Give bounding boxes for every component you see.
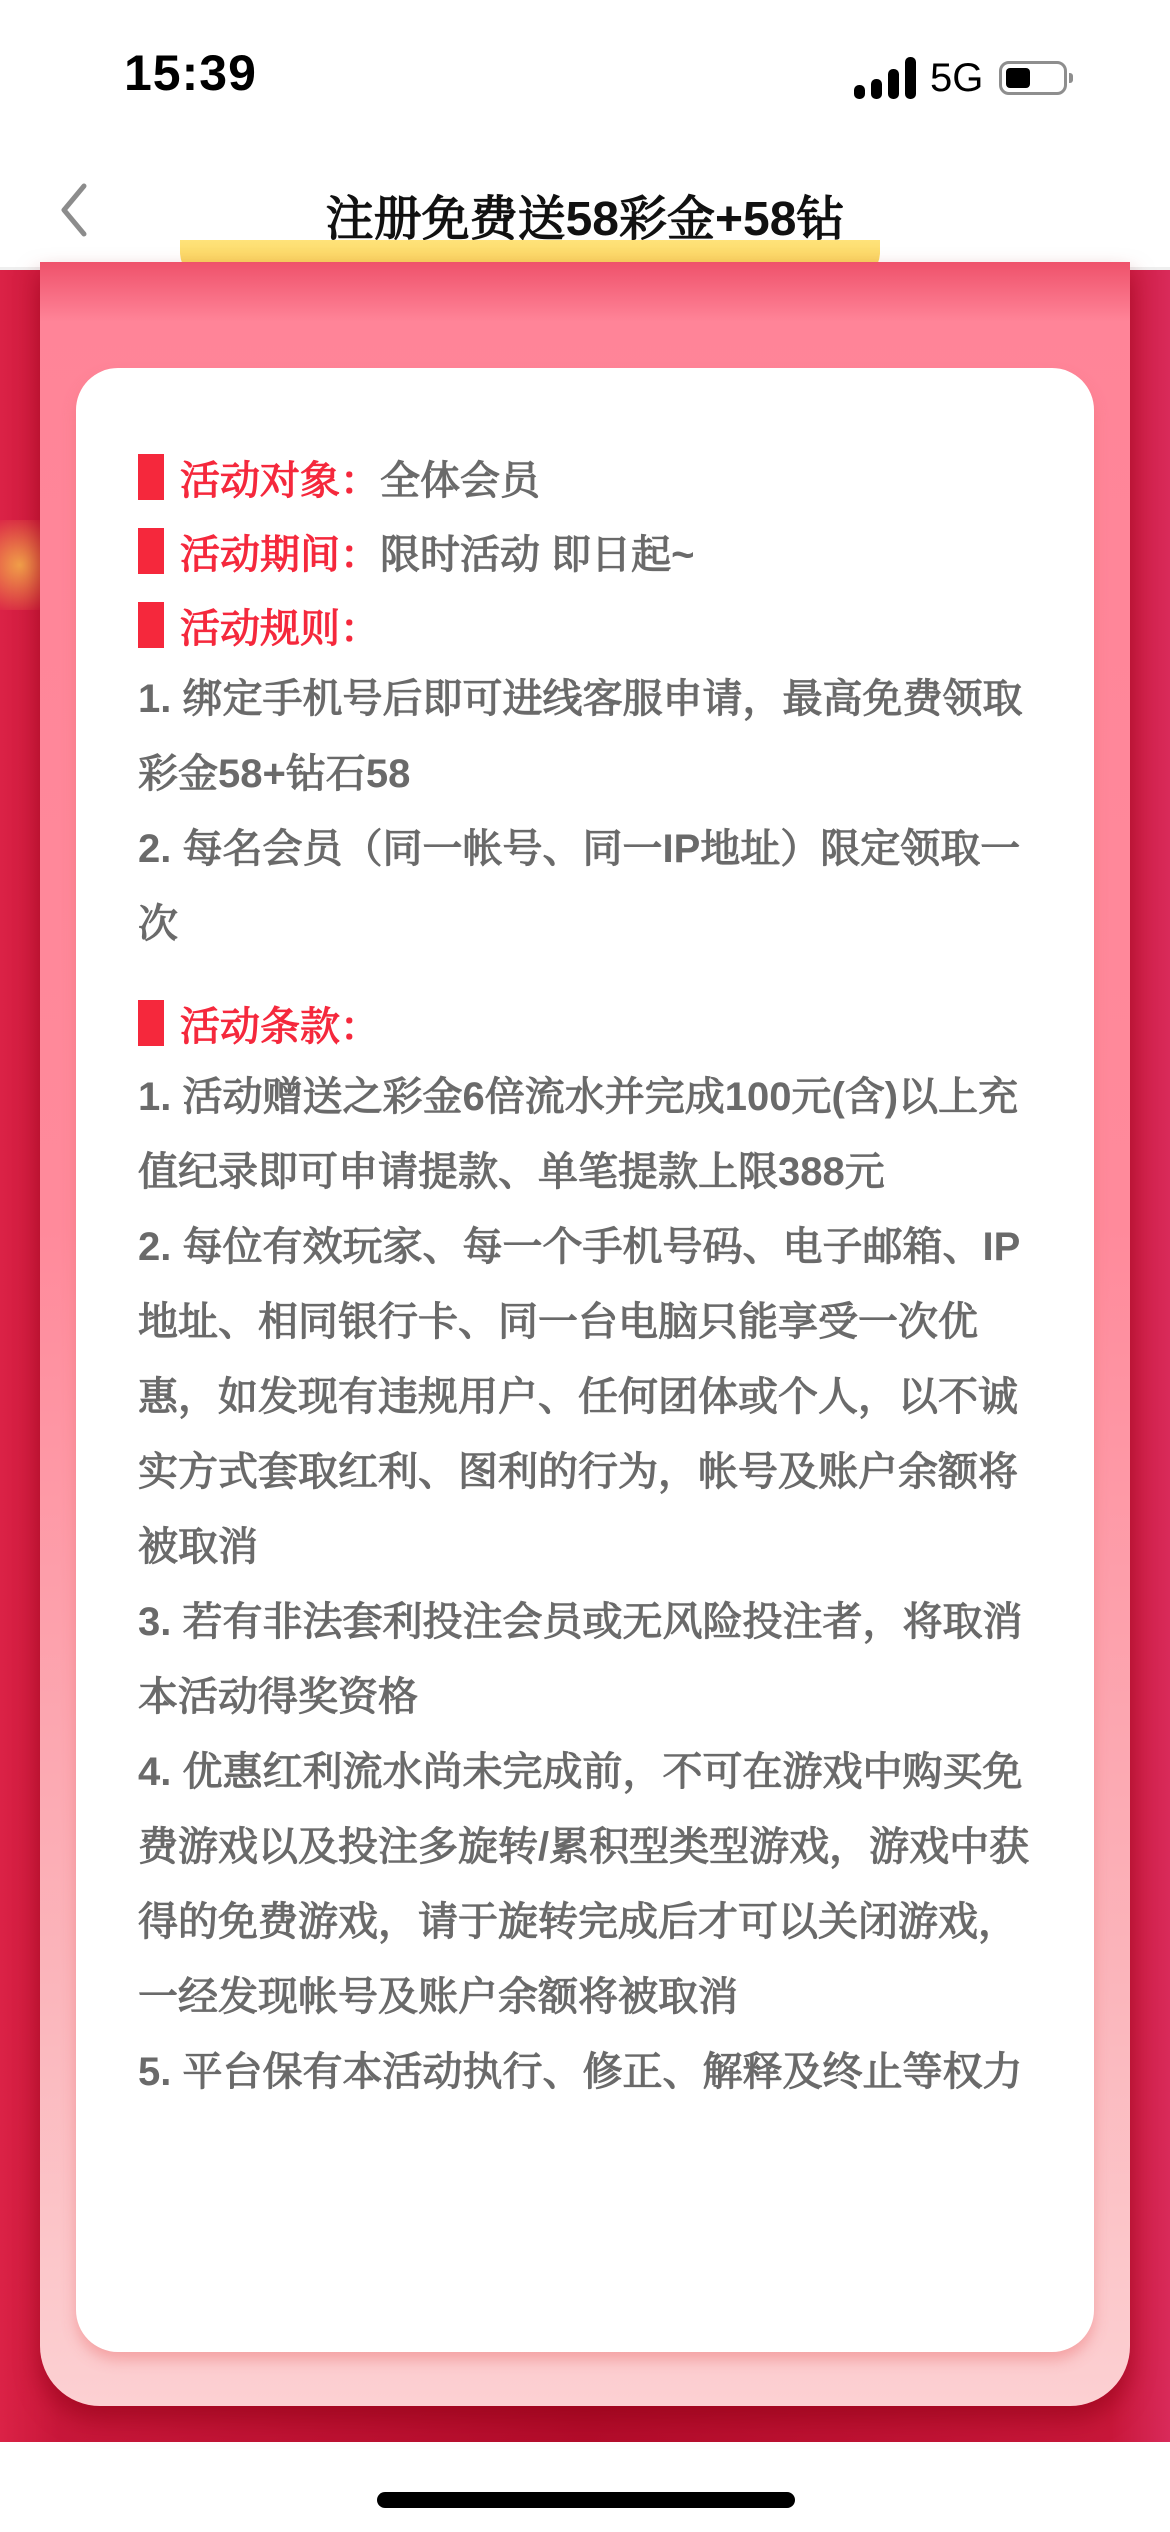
status-bar: 15:39 5G [0,0,1170,150]
term-item: 2. 每位有效玩家、每一个手机号码、电子邮箱、IP地址、相同银行卡、同一台电脑只… [138,1210,1038,1585]
section-target: 活动对象： 全体会员 [138,440,1038,514]
section-label: 活动条款： [180,995,380,1052]
rule-item: 1. 绑定手机号后即可进线客服申请，最高免费领取彩金58+钻石58 [138,662,1038,812]
section-label: 活动规则： [180,597,380,654]
section-period: 活动期间： 限时活动 即日起~ [138,514,1038,588]
section-marker [138,454,164,500]
term-item: 3. 若有非法套利投注会员或无风险投注者，将取消本活动得奖资格 [138,1585,1038,1735]
term-item: 5. 平台保有本活动执行、修正、解释及终止等权力 [138,2035,1038,2110]
section-marker [138,528,164,574]
page-title: 注册免费送58彩金+58钻 [0,180,1170,249]
section-rules-heading: 活动规则： [138,588,1038,662]
term-item: 1. 活动赠送之彩金6倍流水并完成100元(含)以上充值纪录即可申请提款、单笔提… [138,1060,1038,1210]
status-indicators: 5G [854,56,1067,100]
section-terms-heading: 活动条款： [138,986,1038,1060]
promo-content: 活动对象： 全体会员 活动期间： 限时活动 即日起~ 活动规则： 1. 绑定手机… [138,440,1038,2110]
section-label: 活动期间： [180,523,380,580]
section-marker [138,602,164,648]
battery-low-icon [999,61,1067,95]
section-value: 全体会员 [380,449,540,506]
signal-bars-icon [854,57,916,99]
home-indicator[interactable] [377,2492,795,2508]
section-value: 限时活动 即日起~ [380,523,694,580]
network-type: 5G [930,56,983,101]
section-label: 活动对象： [180,449,380,506]
section-marker [138,1000,164,1046]
rule-item: 2. 每名会员（同一帐号、同一IP地址）限定领取一次 [138,812,1038,962]
status-time: 15:39 [124,44,257,102]
term-item: 4. 优惠红利流水尚未完成前，不可在游戏中购买免费游戏以及投注多旋转/累积型类型… [138,1735,1038,2035]
